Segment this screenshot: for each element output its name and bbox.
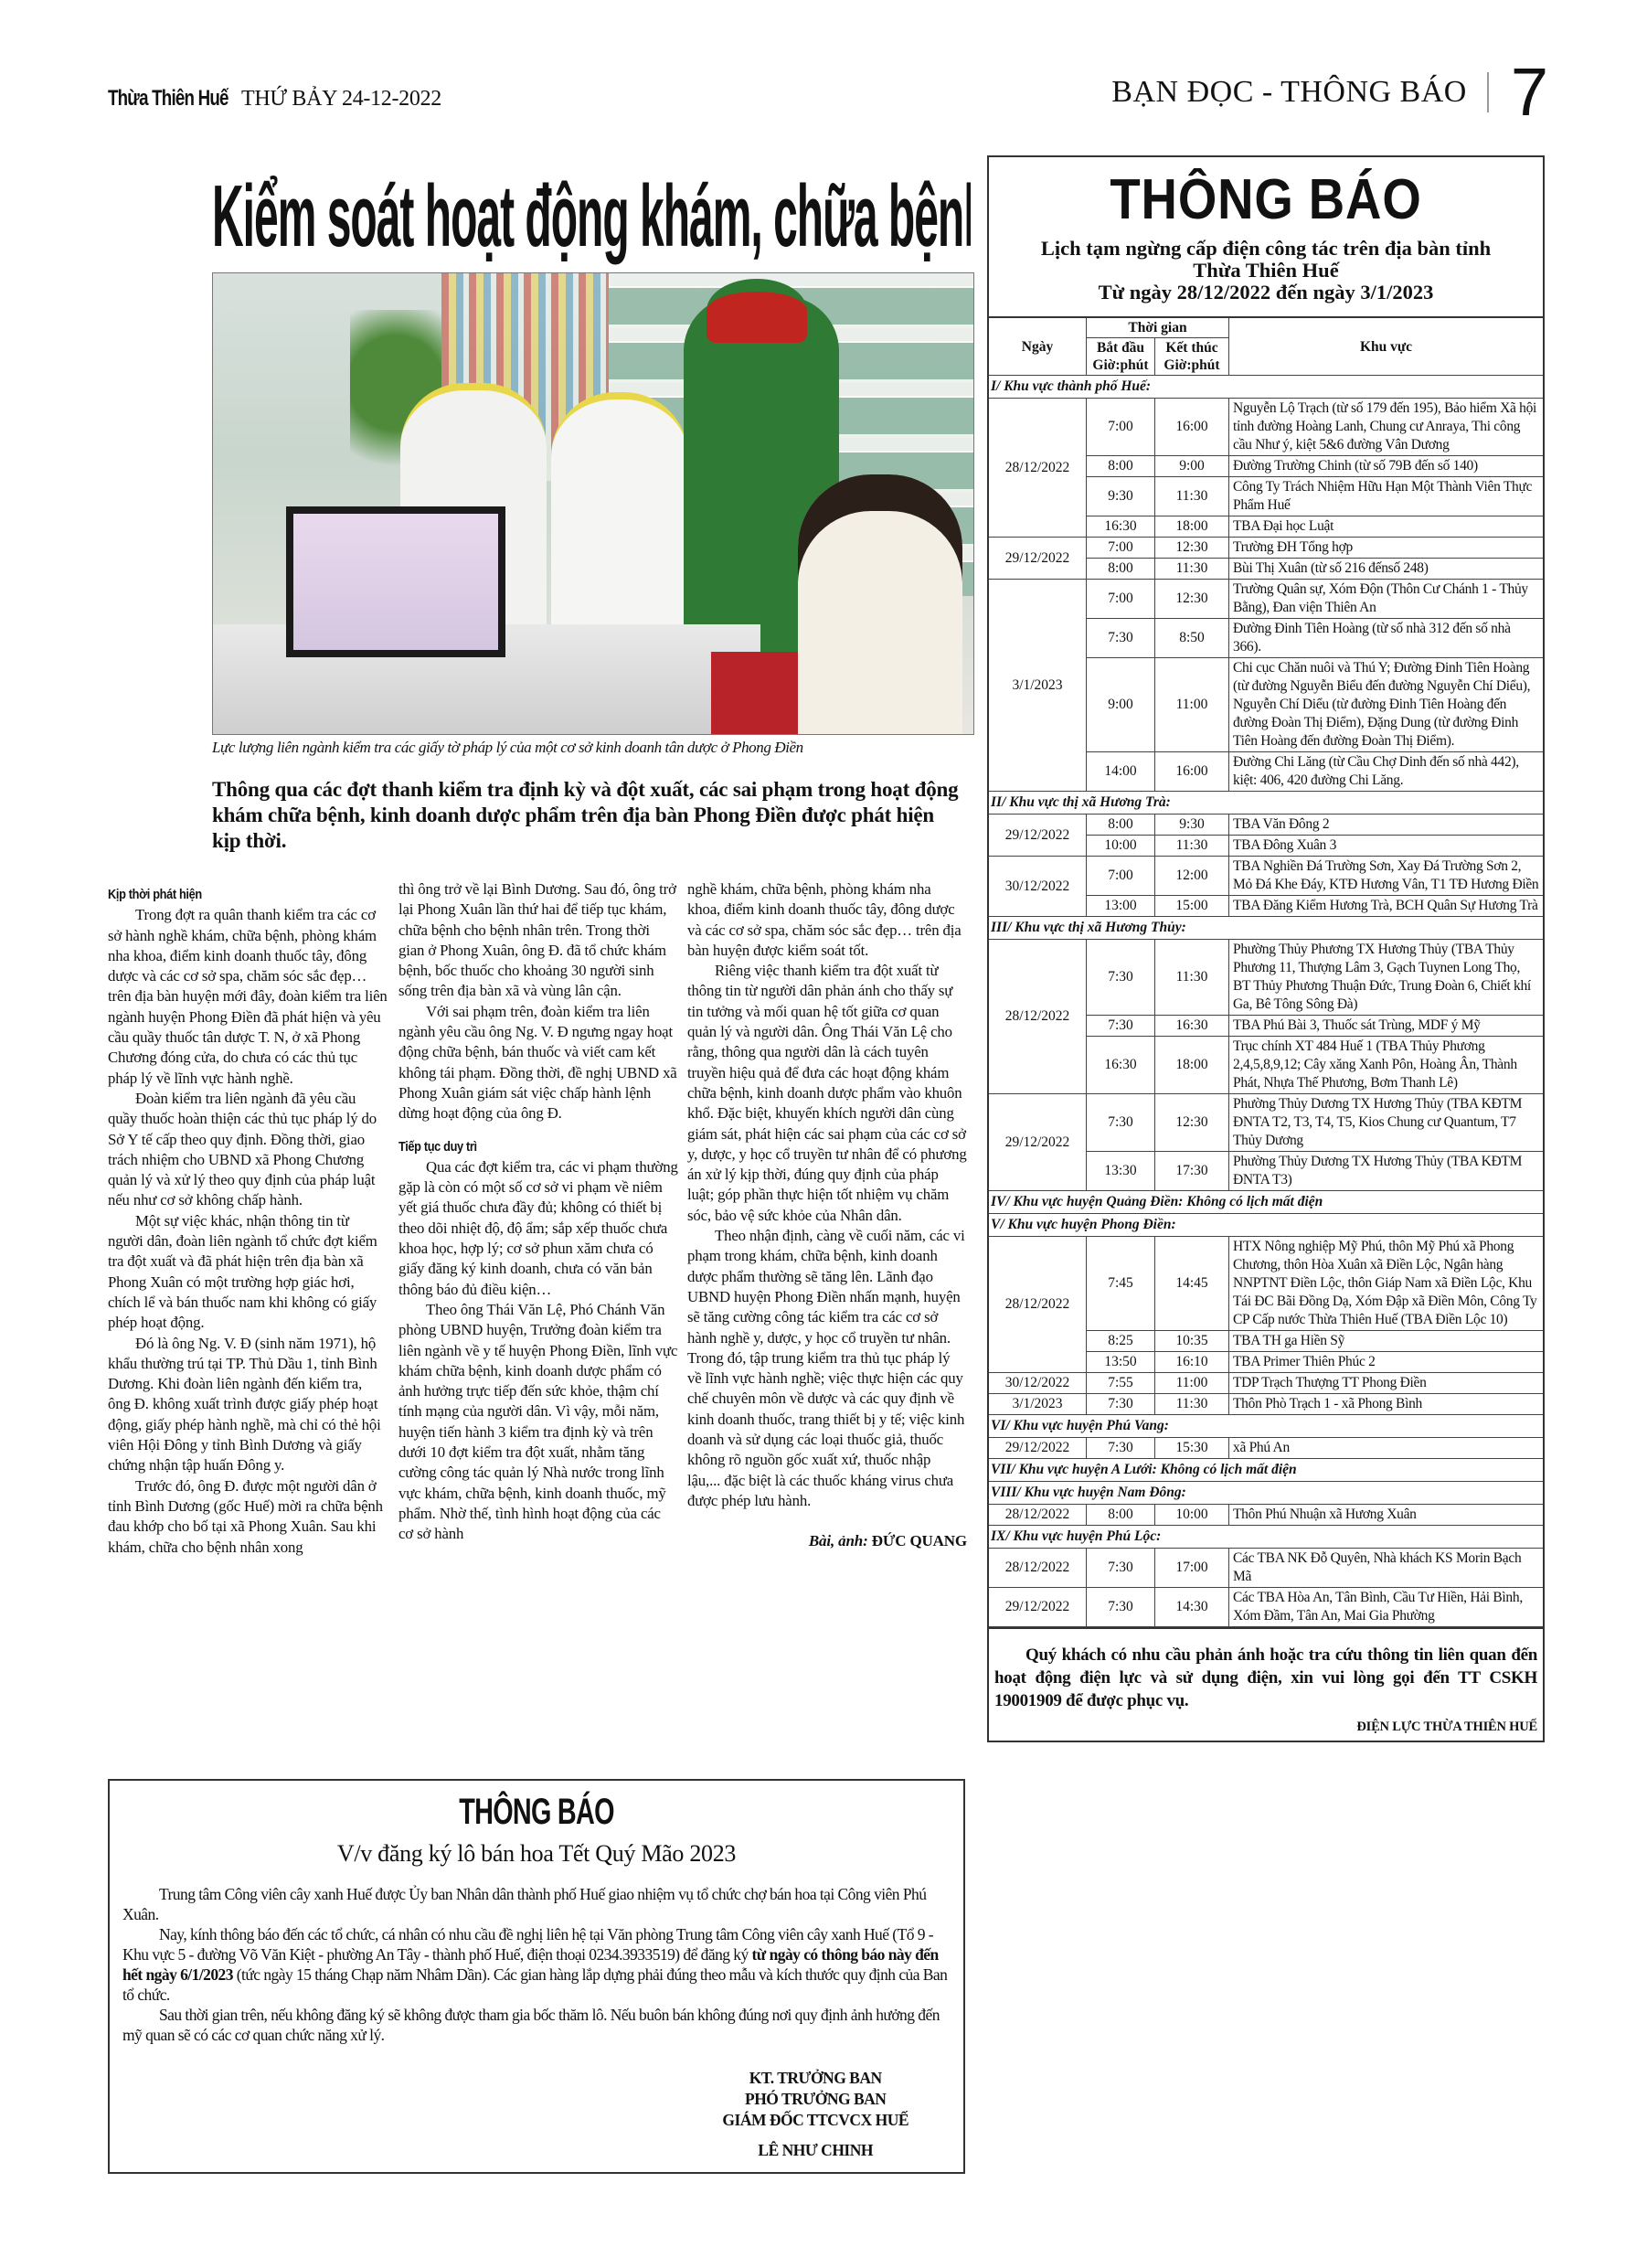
row-date: 28/12/2022 [989,399,1087,538]
row-end-time: 9:30 [1155,815,1229,836]
row-start-time: 9:30 [1087,477,1155,516]
region-section-header: VI/ Khu vực huyện Phú Vang: [989,1415,1543,1438]
article-column-3: nghề khám, chữa bệnh, phòng khám nha kho… [687,879,967,1552]
row-end-time: 17:30 [1155,1152,1229,1191]
row-start-time: 7:30 [1087,1016,1155,1037]
outage-subtitle: Lịch tạm ngừng cấp điện công tác trên đị… [989,238,1543,303]
row-date: 29/12/2022 [989,538,1087,580]
row-area: Trục chính XT 484 Huế 1 (TBA Thủy Phương… [1229,1037,1544,1094]
paragraph: Theo nhận định, càng về cuối năm, các vi… [687,1226,967,1511]
row-date: 30/12/2022 [989,1373,1087,1394]
row-start-time: 7:30 [1087,940,1155,1016]
row-date: 29/12/2022 [989,1588,1087,1627]
issue-date: THỨ BẢY 24-12-2022 [241,87,441,112]
paragraph: Sau thời gian trên, nếu không đăng ký sẽ… [122,2005,951,2045]
row-end-time: 12:00 [1155,857,1229,896]
headline-text: Kiểm soát hoạt động khám, chữa bệnh, kin… [212,163,971,271]
region-section-header: IV/ Khu vực huyện Quảng Điền: Không có l… [989,1191,1543,1214]
row-end-time: 18:00 [1155,1037,1229,1094]
issuing-organization: ĐIỆN LỰC THỪA THIÊN HUẾ [994,1720,1537,1735]
row-area: TBA Phú Bài 3, Thuốc sát Trùng, MDF ý Mỹ [1229,1016,1544,1037]
row-area: TBA Đông Xuân 3 [1229,836,1544,857]
schedule-row: 28/12/20227:0016:00Nguyễn Lộ Trạch (từ s… [989,399,1543,456]
row-start-time: 13:50 [1087,1352,1155,1373]
row-end-time: 16:00 [1155,752,1229,792]
row-start-time: 7:30 [1087,1549,1155,1588]
paragraph: Với sai phạm trên, đoàn kiểm tra liên ng… [398,1002,678,1124]
row-date: 29/12/2022 [989,815,1087,857]
row-end-time: 8:50 [1155,619,1229,658]
photo-computer-monitor [286,506,505,657]
row-area: Chi cục Chăn nuôi và Thú Y; Đường Đinh T… [1229,658,1544,752]
paragraph: Trong đợt ra quân thanh kiểm tra các cơ … [108,905,388,1089]
col-header-start: Bắt đầu Giờ:phút [1087,338,1155,376]
row-start-time: 8:00 [1087,559,1155,580]
paragraph: nghề khám, chữa bệnh, phòng khám nha kho… [687,879,967,961]
row-start-time: 7:30 [1087,1588,1155,1627]
signer-name: LÊ NHƯ CHINH [722,2140,909,2161]
article-lead: Thông qua các đợt thanh kiểm tra định kỳ… [212,777,962,854]
row-start-time: 9:00 [1087,658,1155,752]
paragraph: Riêng việc thanh kiểm tra đột xuất từ th… [687,961,967,1226]
paragraph: Một sự việc khác, nhận thông tin từ ngườ… [108,1211,388,1334]
schedule-row: 28/12/20227:4514:45HTX Nông nghiệp Mỹ Ph… [989,1237,1543,1331]
article-headline: Kiểm soát hoạt động khám, chữa bệnh, kin… [212,163,971,271]
row-start-time: 7:30 [1087,619,1155,658]
row-area: Thôn Phú Nhuận xã Hương Xuân [1229,1505,1544,1526]
paper-name: Thừa Thiên Huế [108,86,222,112]
row-end-time: 16:30 [1155,1016,1229,1037]
row-start-time: 7:30 [1087,1394,1155,1415]
row-start-time: 7:00 [1087,538,1155,559]
flower-market-notice: THÔNG BÁO V/v đăng ký lô bán hoa Tết Quý… [108,1779,965,2174]
row-date: 28/12/2022 [989,1549,1087,1588]
row-end-time: 12:30 [1155,538,1229,559]
paragraph: thì ông trở về lại Bình Dương. Sau đó, ô… [398,879,678,1002]
row-end-time: 11:30 [1155,836,1229,857]
hotline-message: Quý khách có nhu cầu phản ánh hoặc tra c… [994,1644,1537,1712]
region-section-header: II/ Khu vực thị xã Hương Trà: [989,792,1543,815]
schedule-row: 29/12/20227:3012:30Phường Thủy Dương TX … [989,1094,1543,1152]
masthead-left: Thừa Thiên Huế THỨ BẢY 24-12-2022 [108,86,441,112]
row-end-time: 15:30 [1155,1438,1229,1459]
row-end-time: 10:35 [1155,1331,1229,1352]
col-header-end: Kết thúc Giờ:phút [1155,338,1229,376]
row-end-time: 10:00 [1155,1505,1229,1526]
row-area: TBA Nghiền Đá Trường Sơn, Xay Đá Trường … [1229,857,1544,896]
row-end-time: 14:45 [1155,1237,1229,1331]
paragraph: Qua các đợt kiểm tra, các vi phạm thường… [398,1157,678,1300]
row-area: TBA Văn Đông 2 [1229,815,1544,836]
row-area: Các TBA NK Đỗ Quyên, Nhà khách KS Morin … [1229,1549,1544,1588]
row-start-time: 10:00 [1087,836,1155,857]
paragraph: Trung tâm Công viên cây xanh Huế được Ủy… [122,1884,951,1924]
schedule-row: 29/12/20228:009:30TBA Văn Đông 2 [989,815,1543,836]
paragraph: Đó là ông Ng. V. Đ (sinh năm 1971), hộ k… [108,1334,388,1476]
row-start-time: 7:00 [1087,857,1155,896]
row-end-time: 11:30 [1155,1394,1229,1415]
row-start-time: 7:00 [1087,399,1155,456]
byline-label: Bài, ảnh: [809,1532,868,1549]
row-area: TBA Primer Thiên Phúc 2 [1229,1352,1544,1373]
schedule-row: 28/12/20227:3011:30Phường Thủy Phương TX… [989,940,1543,1016]
row-end-time: 12:30 [1155,580,1229,619]
row-start-time: 8:00 [1087,1505,1155,1526]
article-column-1: Kịp thời phát hiện Trong đợt ra quân tha… [108,885,388,1558]
row-area: Phường Thủy Dương TX Hương Thủy (TBA KĐT… [1229,1094,1544,1152]
outage-schedule-table: Ngày Thời gian Khu vực Bắt đầu Giờ:phút … [989,316,1543,1627]
region-section-header: III/ Khu vực thị xã Hương Thủy: [989,917,1543,940]
row-area: Các TBA Hòa An, Tân Bình, Cầu Tư Hiền, H… [1229,1588,1544,1627]
schedule-row: 29/12/20227:3014:30Các TBA Hòa An, Tân B… [989,1588,1543,1627]
row-area: Trường Quân sự, Xóm Độn (Thôn Cư Chánh 1… [1229,580,1544,619]
header-divider [1487,72,1489,112]
row-area: Nguyễn Lộ Trạch (từ số 179 đến 195), Bảo… [1229,399,1544,456]
row-start-time: 7:55 [1087,1373,1155,1394]
row-start-time: 16:30 [1087,1037,1155,1094]
row-start-time: 7:45 [1087,1237,1155,1331]
row-area: Bùi Thị Xuân (từ số 216 đếnsố 248) [1229,559,1544,580]
byline-author: ĐỨC QUANG [872,1532,967,1549]
row-end-time: 11:30 [1155,940,1229,1016]
paragraph: Đoàn kiểm tra liên ngành đã yêu cầu quầy… [108,1089,388,1211]
signer-title-3: GIÁM ĐỐC TTCVCX HUẾ [722,2110,909,2131]
row-area: TDP Trạch Thượng TT Phong Điền [1229,1373,1544,1394]
region-section-header: VIII/ Khu vực huyện Nam Đông: [989,1482,1543,1505]
row-end-time: 9:00 [1155,456,1229,477]
region-section-header: I/ Khu vực thành phố Huế: [989,376,1543,399]
row-area: Phường Thủy Phương TX Hương Thủy (TBA Th… [1229,940,1544,1016]
signer-title-1: KT. TRƯỞNG BAN [722,2068,909,2089]
row-start-time: 16:30 [1087,516,1155,538]
outage-date-range: Từ ngày 28/12/2022 đến ngày 3/1/2023 [989,282,1543,303]
row-start-time: 13:00 [1087,896,1155,917]
region-section-header: VII/ Khu vực huyện A Lưới: Không có lịch… [989,1459,1543,1482]
row-start-time: 13:30 [1087,1152,1155,1191]
row-date: 29/12/2022 [989,1438,1087,1459]
region-section-header: V/ Khu vực huyện Phong Điền: [989,1214,1543,1237]
paragraph: Nay, kính thông báo đến các tổ chức, cá … [122,1924,951,2005]
row-area: HTX Nông nghiệp Mỹ Phú, thôn Mỹ Phú xã P… [1229,1237,1544,1331]
row-end-time: 12:30 [1155,1094,1229,1152]
row-start-time: 8:00 [1087,456,1155,477]
notice-body: Trung tâm Công viên cây xanh Huế được Ủy… [122,1884,951,2045]
article-column-2: thì ông trở về lại Bình Dương. Sau đó, ô… [398,879,678,1545]
row-date: 28/12/2022 [989,1505,1087,1526]
subheading: Kịp thời phát hiện [108,885,345,905]
row-end-time: 17:00 [1155,1549,1229,1588]
photo-red-cabinet [711,652,798,734]
row-area: Trường ĐH Tổng hợp [1229,538,1544,559]
row-end-time: 16:10 [1155,1352,1229,1373]
subheading: Tiếp tục duy trì [398,1137,636,1157]
row-start-time: 7:30 [1087,1438,1155,1459]
row-area: xã Phú An [1229,1438,1544,1459]
schedule-row: 29/12/20227:0012:30Trường ĐH Tổng hợp [989,538,1543,559]
signature-block: KT. TRƯỞNG BAN PHÓ TRƯỞNG BAN GIÁM ĐỐC T… [722,2068,909,2161]
schedule-row: 28/12/20228:0010:00Thôn Phú Nhuận xã Hươ… [989,1505,1543,1526]
outage-footer: Quý khách có nhu cầu phản ánh hoặc tra c… [989,1627,1543,1741]
paragraph: Theo ông Thái Văn Lệ, Phó Chánh Văn phòn… [398,1300,678,1545]
row-area: TBA TH ga Hiền Sỹ [1229,1331,1544,1352]
row-area: TBA Đại học Luật [1229,516,1544,538]
signer-title-2: PHÓ TRƯỞNG BAN [722,2089,909,2110]
row-start-time: 8:00 [1087,815,1155,836]
row-area: Đường Chi Lăng (từ Cầu Chợ Dinh đến số n… [1229,752,1544,792]
photo-officer-cap [707,279,807,343]
outage-title: THÔNG BÁO [1022,168,1509,232]
row-date: 29/12/2022 [989,1094,1087,1191]
region-section-header: IX/ Khu vực huyện Phú Lộc: [989,1526,1543,1549]
row-end-time: 16:00 [1155,399,1229,456]
schedule-row: 3/1/20237:3011:30Thôn Phò Trạch 1 - xã P… [989,1394,1543,1415]
row-date: 3/1/2023 [989,1394,1087,1415]
row-date: 30/12/2022 [989,857,1087,917]
row-end-time: 11:30 [1155,477,1229,516]
article-photo [212,272,974,735]
row-end-time: 14:30 [1155,1588,1229,1627]
row-start-time: 7:00 [1087,580,1155,619]
col-header-date: Ngày [989,317,1087,376]
row-area: Phường Thủy Dương TX Hương Thủy (TBA KĐT… [1229,1152,1544,1191]
paragraph: Trước đó, ông Đ. được một người dân ở tỉ… [108,1476,388,1558]
row-date: 3/1/2023 [989,580,1087,792]
schedule-row: 30/12/20227:0012:00TBA Nghiền Đá Trường … [989,857,1543,896]
row-start-time: 14:00 [1087,752,1155,792]
schedule-row: 30/12/20227:5511:00TDP Trạch Thượng TT P… [989,1373,1543,1394]
row-end-time: 11:30 [1155,559,1229,580]
row-end-time: 11:00 [1155,1373,1229,1394]
col-header-time: Thời gian [1087,317,1229,338]
row-date: 28/12/2022 [989,940,1087,1094]
page-number: 7 [1511,59,1548,126]
masthead-right: BẠN ĐỌC - THÔNG BÁO 7 [1111,59,1548,126]
row-start-time: 7:30 [1087,1094,1155,1152]
schedule-row: 28/12/20227:3017:00Các TBA NK Đỗ Quyên, … [989,1549,1543,1588]
row-end-time: 18:00 [1155,516,1229,538]
row-area: Thôn Phò Trạch 1 - xã Phong Bình [1229,1394,1544,1415]
row-area: TBA Đăng Kiểm Hương Trà, BCH Quân Sự Hươ… [1229,896,1544,917]
notice-title: THÔNG BÁO [239,1792,834,1833]
row-start-time: 8:25 [1087,1331,1155,1352]
photo-seated-woman [798,474,962,735]
schedule-row: 29/12/20227:3015:30xã Phú An [989,1438,1543,1459]
row-date: 28/12/2022 [989,1237,1087,1373]
byline: Bài, ảnh: ĐỨC QUANG [687,1531,967,1551]
schedule-body: I/ Khu vực thành phố Huế:28/12/20227:001… [989,376,1543,1627]
row-area: Đường Đinh Tiên Hoàng (từ số nhà 312 đến… [1229,619,1544,658]
schedule-row: 3/1/20237:0012:30Trường Quân sự, Xóm Độn… [989,580,1543,619]
row-area: Công Ty Trách Nhiệm Hữu Hạn Một Thành Vi… [1229,477,1544,516]
row-area: Đường Trường Chinh (từ số 79B đến số 140… [1229,456,1544,477]
row-end-time: 15:00 [1155,896,1229,917]
power-outage-notice: THÔNG BÁO Lịch tạm ngừng cấp điện công t… [987,155,1545,1742]
col-header-area: Khu vực [1229,317,1544,376]
section-title: BẠN ĐỌC - THÔNG BÁO [1111,75,1467,110]
notice-subtitle: V/v đăng ký lô bán hoa Tết Quý Mão 2023 [122,1840,951,1868]
photo-caption: Lực lượng liên ngành kiểm tra các giấy t… [212,739,980,757]
row-end-time: 11:00 [1155,658,1229,752]
